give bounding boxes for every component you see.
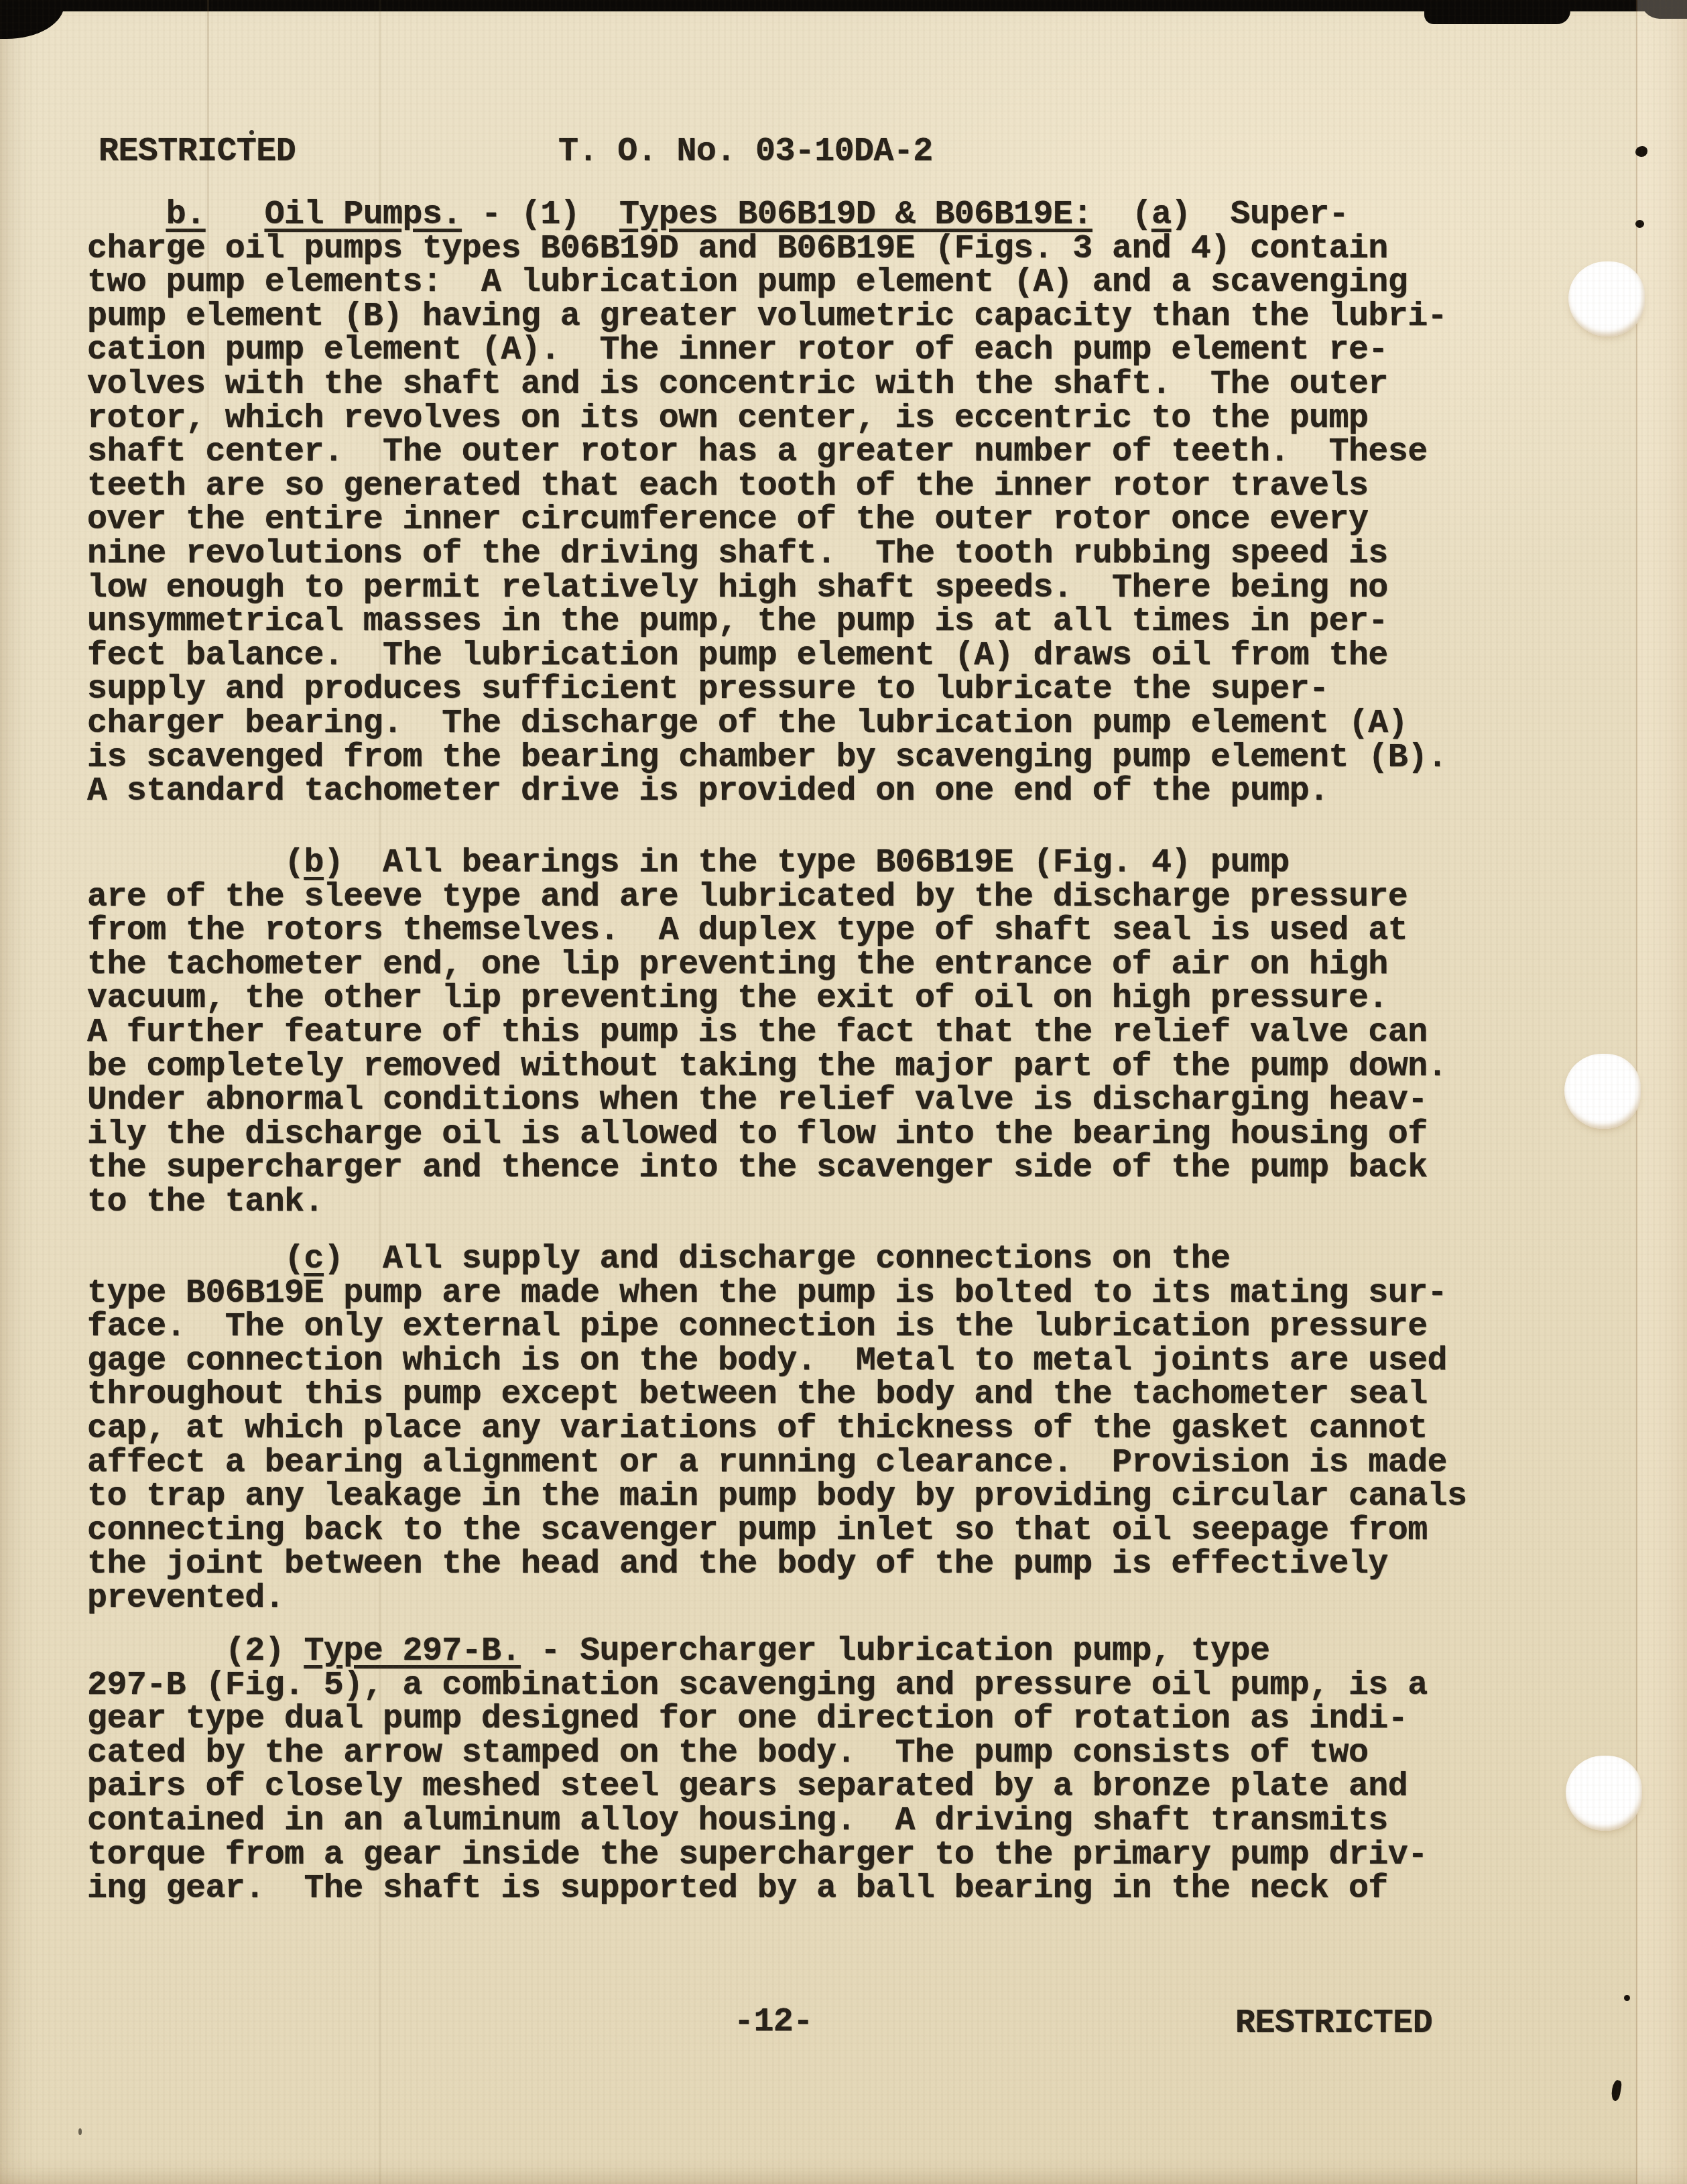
text-line: b. Oil Pumps. - (1) Types B06B19D & B06B… — [87, 198, 1447, 233]
doc-number-header: T. O. No. 03-10DA-2 — [558, 135, 933, 169]
text-line: cation pump element (A). The inner rotor… — [87, 334, 1447, 368]
text-line: affect a bearing alignment or a running … — [87, 1447, 1466, 1481]
paragraph-b-oil-pumps: b. Oil Pumps. - (1) Types B06B19D & B06B… — [87, 198, 1447, 809]
ink-speck — [249, 130, 254, 135]
text-line: supply and produces sufficient pressure … — [87, 673, 1447, 707]
text-line: charger bearing. The discharge of the lu… — [87, 707, 1447, 741]
text-line: (c) All supply and discharge connections… — [87, 1243, 1466, 1277]
text-line: vacuum, the other lip preventing the exi… — [87, 982, 1447, 1016]
scan-edge-top-right — [1424, 0, 1570, 24]
scan-corner-top-left — [0, 0, 64, 39]
text-line: cap, at which place any variations of th… — [87, 1412, 1466, 1447]
text-line: over the entire inner circumference of t… — [87, 503, 1447, 538]
text-line: charge oil pumps types B06B19D and B06B1… — [87, 233, 1447, 267]
text-line: be completely removed without taking the… — [87, 1050, 1447, 1085]
text-line: ing gear. The shaft is supported by a ba… — [87, 1872, 1428, 1906]
text-line: from the rotors themselves. A duplex typ… — [87, 914, 1447, 949]
text-line: 297-B (Fig. 5), a combination scavenging… — [87, 1669, 1428, 1703]
text-line: the joint between the head and the body … — [87, 1548, 1466, 1582]
hole-punch-bottom — [1566, 1756, 1642, 1831]
text-line: throughout this pump except between the … — [87, 1378, 1466, 1412]
text-line: the tachometer end, one lip preventing t… — [87, 949, 1447, 983]
text-line: the supercharger and thence into the sca… — [87, 1152, 1447, 1186]
ink-speck — [1610, 2079, 1622, 2102]
hole-punch-middle — [1564, 1054, 1641, 1129]
page-number: -12- — [734, 2006, 813, 2039]
text-line: (b) All bearings in the type B06B19E (Fi… — [87, 847, 1447, 881]
text-line: cated by the arrow stamped on the body. … — [87, 1737, 1428, 1771]
classification-footer: RESTRICTED — [1235, 2007, 1432, 2041]
ink-speck — [1635, 146, 1647, 157]
text-line: contained in an aluminum alloy housing. … — [87, 1805, 1428, 1839]
text-line: nine revolutions of the driving shaft. T… — [87, 538, 1447, 572]
text-line: type B06B19E pump are made when the pump… — [87, 1277, 1466, 1311]
scan-corner-top-right — [1641, 0, 1687, 19]
paragraph-b-all-bearings: (b) All bearings in the type B06B19E (Fi… — [87, 847, 1447, 1220]
text-line: Under abnormal conditions when the relie… — [87, 1084, 1447, 1118]
scanned-document-page: RESTRICTED T. O. No. 03-10DA-2 b. Oil Pu… — [0, 0, 1687, 2184]
paper-edge-band — [1637, 0, 1687, 2184]
text-line: (2) Type 297-B. - Supercharger lubricati… — [87, 1635, 1428, 1669]
text-line: is scavenged from the bearing chamber by… — [87, 741, 1447, 776]
ink-speck — [1635, 220, 1644, 228]
text-line: A further feature of this pump is the fa… — [87, 1016, 1447, 1050]
text-line: volves with the shaft and is concentric … — [87, 368, 1447, 402]
text-line: two pump elements: A lubrication pump el… — [87, 266, 1447, 300]
text-line: pump element (B) having a greater volume… — [87, 300, 1447, 335]
text-line: gage connection which is on the body. Me… — [87, 1345, 1466, 1379]
text-line: to trap any leakage in the main pump bod… — [87, 1480, 1466, 1514]
text-line: shaft center. The outer rotor has a grea… — [87, 436, 1447, 470]
text-line: low enough to permit relatively high sha… — [87, 572, 1447, 606]
text-line: connecting back to the scavenger pump in… — [87, 1514, 1466, 1549]
paragraph-2-type-297b: (2) Type 297-B. - Supercharger lubricati… — [87, 1635, 1428, 1906]
text-line: torque from a gear inside the supercharg… — [87, 1839, 1428, 1873]
text-line: A standard tachometer drive is provided … — [87, 775, 1447, 809]
text-line: gear type dual pump designed for one dir… — [87, 1703, 1428, 1737]
classification-header: RESTRICTED — [99, 135, 296, 169]
text-line: face. The only external pipe connection … — [87, 1311, 1466, 1345]
text-line: teeth are so generated that each tooth o… — [87, 470, 1447, 504]
text-line: prevented. — [87, 1582, 1466, 1616]
ink-speck — [1624, 1995, 1630, 2001]
text-line: fect balance. The lubrication pump eleme… — [87, 640, 1447, 674]
text-line: rotor, which revolves on its own center,… — [87, 402, 1447, 436]
hole-punch-top — [1568, 261, 1645, 337]
text-line: ily the discharge oil is allowed to flow… — [87, 1118, 1447, 1152]
text-line: pairs of closely meshed steel gears sepa… — [87, 1770, 1428, 1805]
text-line: unsymmetrical masses in the pump, the pu… — [87, 605, 1447, 640]
paragraph-c-connections: (c) All supply and discharge connections… — [87, 1243, 1466, 1616]
text-line: are of the sleeve type and are lubricate… — [87, 881, 1447, 915]
ink-speck — [78, 2128, 82, 2135]
text-line: to the tank. — [87, 1186, 1447, 1220]
